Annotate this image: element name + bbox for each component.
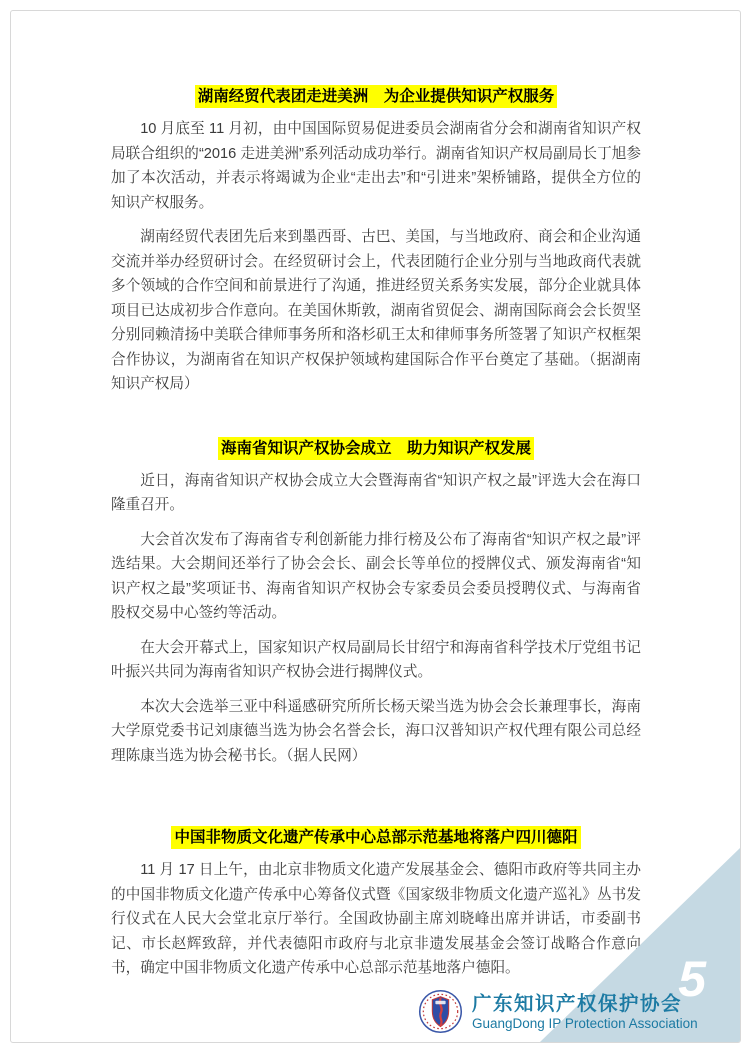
paragraph: 本次大会选举三亚中科遥感研究所所长杨天梁当选为协会会长兼理事长，海南大学原党委书…	[111, 695, 641, 769]
paragraph: 10 月底至 11 月初，由中国国际贸易促进委员会湖南省分会和湖南省知识产权局联…	[111, 117, 641, 215]
section-title-highlight: 中国非物质文化遗产传承中心总部示范基地将落户四川德阳	[171, 826, 580, 849]
section-title-highlight: 海南省知识产权协会成立 助力知识产权发展	[218, 437, 534, 460]
newsletter-content: 湖南经贸代表团走进美洲 为企业提供知识产权服务 10 月底至 11 月初，由中国…	[111, 85, 641, 991]
association-emblem-icon	[418, 989, 463, 1034]
org-name-en: GuangDong IP Protection Association	[472, 1016, 698, 1031]
org-name-cn: 广东知识产权保护协会	[472, 993, 698, 1016]
paragraph: 湖南经贸代表团先后来到墨西哥、古巴、美国，与当地政府、商会和企业沟通交流并举办经…	[111, 225, 641, 397]
section-title-highlight: 湖南经贸代表团走进美洲 为企业提供知识产权服务	[195, 85, 558, 108]
footer-brand-text: 广东知识产权保护协会 GuangDong IP Protection Assoc…	[472, 993, 698, 1031]
news-section: 海南省知识产权协会成立 助力知识产权发展 近日，海南省知识产权协会成立大会暨海南…	[111, 437, 641, 769]
section-title: 海南省知识产权协会成立 助力知识产权发展	[111, 437, 641, 461]
section-title: 中国非物质文化遗产传承中心总部示范基地将落户四川德阳	[111, 826, 641, 850]
paragraph: 11 月 17 日上午，由北京非物质文化遗产发展基金会、德阳市政府等共同主办的中…	[111, 858, 641, 981]
paragraph: 在大会开幕式上，国家知识产权局副局长甘绍宁和海南省科学技术厅党组书记叶振兴共同为…	[111, 636, 641, 685]
news-section: 中国非物质文化遗产传承中心总部示范基地将落户四川德阳 11 月 17 日上午，由…	[111, 826, 641, 981]
footer-brand: 广东知识产权保护协会 GuangDong IP Protection Assoc…	[418, 989, 698, 1034]
paragraph: 近日，海南省知识产权协会成立大会暨海南省“知识产权之最”评选大会在海口隆重召开。	[111, 469, 641, 518]
paragraph: 大会首次发布了海南省专利创新能力排行榜及公布了海南省“知识产权之最”评选结果。大…	[111, 528, 641, 626]
news-section: 湖南经贸代表团走进美洲 为企业提供知识产权服务 10 月底至 11 月初，由中国…	[111, 85, 641, 397]
section-title: 湖南经贸代表团走进美洲 为企业提供知识产权服务	[111, 85, 641, 109]
document-page: 湖南经贸代表团走进美洲 为企业提供知识产权服务 10 月底至 11 月初，由中国…	[10, 10, 741, 1043]
